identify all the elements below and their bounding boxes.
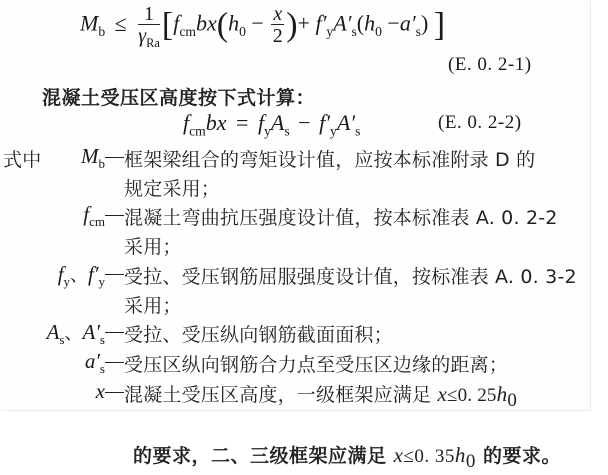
minus-sign: −	[387, 11, 399, 36]
fraction-x-over-2: x 2	[271, 4, 284, 47]
term-symbol: M	[81, 144, 99, 168]
right-paren: )	[421, 11, 428, 36]
h0-symbol: h	[364, 11, 375, 36]
fraction-1-over-gamma: 1 γRa	[138, 4, 160, 47]
as-prime-subscript: s	[355, 123, 360, 138]
condition-h-subscript: 0	[507, 390, 517, 411]
gamma-symbol: γ	[138, 25, 146, 47]
h0-symbol: h	[228, 11, 239, 36]
as-symbol: A	[271, 110, 284, 135]
fcm-subscript: cm	[189, 123, 206, 138]
term-symbol: a′	[85, 349, 100, 373]
definition-term-mb: Mb	[0, 144, 105, 169]
fy-prime-symbol: f′	[319, 110, 330, 135]
formula-e-0-2-1: Mb ≤ 1 γRa [fcmbx(h0 − x 2 )+ f′yA′s(h0 …	[80, 4, 445, 47]
term2-subscript: s	[100, 332, 105, 347]
definition-dash	[105, 332, 124, 333]
term-separator: 、	[70, 265, 88, 285]
minus-sign: −	[251, 11, 263, 36]
closing-h-subscript: 0	[466, 451, 476, 472]
term-subscript: cm	[89, 214, 105, 229]
definition-text-mb: 框架梁组合的弯矩设计值，应按本标准附录 D 的	[124, 145, 535, 172]
fraction-denominator: γRa	[138, 25, 160, 47]
definition-dash	[105, 362, 124, 363]
equals-sign: =	[236, 110, 248, 135]
definition-dash	[105, 215, 124, 216]
fy-subscript: y	[264, 123, 271, 138]
closing-text-pre: 的要求，二、三级框架应满足	[133, 445, 394, 467]
as-prime-symbol: A′	[337, 110, 355, 135]
definition-text: 混凝土受压区高度，一级框架应满足	[124, 384, 437, 406]
moment-subscript: b	[98, 24, 105, 39]
fy-prime-symbol: f′	[315, 11, 326, 36]
right-bracket: ]	[434, 7, 445, 44]
closing-value: 0. 35	[414, 446, 455, 467]
equation-number-e-0-2-2: (E. 0. 2-2)	[438, 112, 522, 134]
closing-relation: ≤	[403, 446, 414, 467]
definition-term-x: x	[0, 379, 105, 404]
right-paren: )	[286, 7, 297, 44]
condition-relation: ≤	[447, 385, 458, 406]
moment-symbol: M	[80, 11, 98, 36]
fraction-numerator: 1	[138, 4, 160, 25]
h0-subscript: 0	[375, 24, 382, 39]
as-subscript: s	[284, 123, 289, 138]
term2-symbol: A′	[83, 320, 100, 344]
closing-h: h	[455, 443, 466, 467]
minus-sign: −	[298, 110, 310, 135]
h0-subscript: 0	[239, 24, 246, 39]
leq-sign: ≤	[115, 11, 127, 36]
fraction-denominator: 2	[271, 25, 284, 47]
intro-text: 混凝土受压区高度按下式计算：	[42, 83, 315, 110]
closing-text-post: 的要求。	[476, 445, 561, 467]
left-paren: (	[357, 11, 364, 36]
definition-dash	[105, 392, 124, 393]
definition-text-fcm: 混凝土弯曲抗压强度设计值，按本标准表 A. 0. 2-2	[124, 203, 558, 230]
term2-subscript: y	[98, 274, 105, 289]
closing-line: 的要求，二、三级框架应满足 x≤0. 35h0 的要求。	[133, 441, 561, 468]
fy-prime-subscript: y	[330, 123, 337, 138]
definition-continuation-fcm: 采用；	[124, 232, 182, 259]
definition-term-as: As、A′s	[0, 319, 105, 345]
definition-continuation-mb: 规定采用；	[124, 174, 220, 201]
definition-text-a-prime: 受压区纵向钢筋合力点至受压区边缘的距离；	[124, 350, 508, 377]
term-symbol: A	[47, 320, 60, 344]
term-symbol: x	[96, 379, 105, 403]
term2-symbol: f′	[88, 262, 98, 286]
definition-dash	[105, 157, 124, 158]
definition-term-fy: fy、f′y	[0, 261, 105, 287]
formula-e-0-2-2: fcmbx = fyAs − f′yA′s	[183, 110, 360, 136]
left-bracket: [	[162, 7, 173, 44]
definition-text-x: 混凝土受压区高度，一级框架应满足 x≤0. 25h0	[124, 380, 517, 407]
definition-text-as: 受拉、受压纵向钢筋截面面积；	[124, 320, 393, 347]
a-prime-symbol: a′	[400, 11, 416, 36]
term-subscript: b	[98, 156, 105, 171]
condition-value: 0. 25	[458, 385, 497, 406]
bx-symbol: bx	[196, 11, 217, 36]
definition-term-a-prime: a′s	[0, 349, 105, 374]
term-subscript: s	[100, 361, 105, 376]
gamma-subscript: Ra	[146, 36, 160, 50]
bx-symbol: bx	[206, 110, 227, 135]
condition-variable: x	[437, 382, 447, 406]
fraction-numerator: x	[271, 4, 284, 25]
as-prime-symbol: A′	[333, 11, 351, 36]
fcm-subscript: cm	[179, 24, 196, 39]
definition-continuation-fy: 采用；	[124, 291, 182, 318]
left-paren: (	[217, 7, 228, 44]
plus-sign: +	[298, 11, 310, 36]
definition-text-fy: 受拉、受压钢筋屈服强度设计值，按标准表 A. 0. 3-2	[124, 262, 577, 289]
equation-number-e-0-2-1: (E. 0. 2-1)	[448, 54, 532, 76]
definition-dash	[105, 274, 124, 275]
term-separator: 、	[65, 323, 83, 343]
closing-variable: x	[394, 443, 404, 467]
definition-term-fcm: fcm	[0, 202, 105, 227]
condition-h: h	[497, 382, 508, 406]
